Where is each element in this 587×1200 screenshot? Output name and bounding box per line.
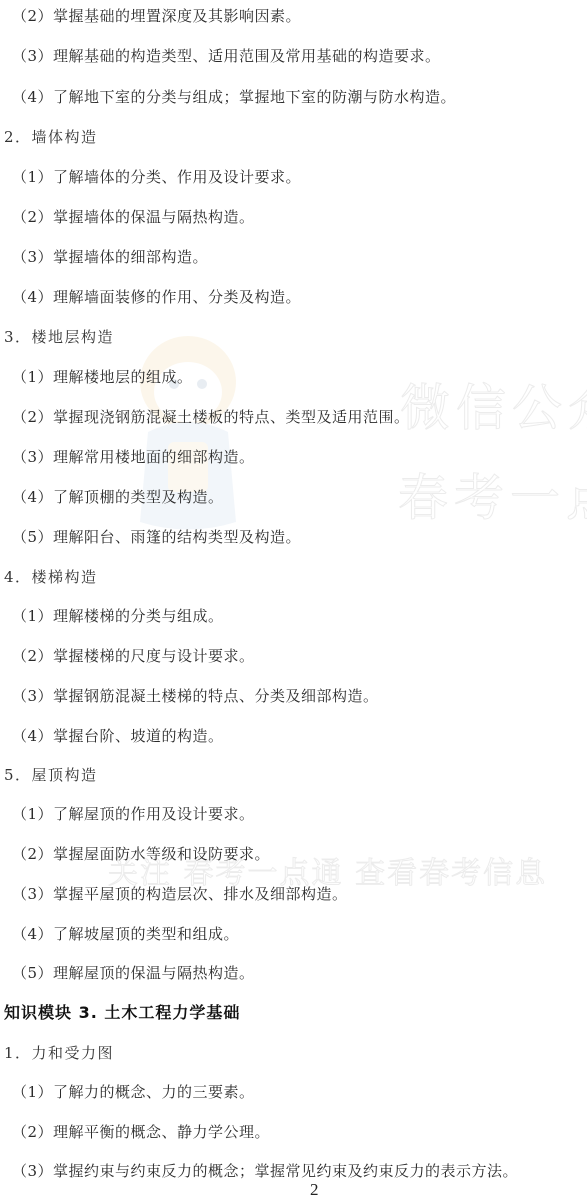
- list-item: （5）理解阳台、雨篷的结构类型及构造。: [12, 527, 301, 547]
- list-item: （2）掌握现浇钢筋混凝土楼板的特点、类型及适用范围。: [12, 407, 410, 427]
- section-heading: 1．力和受力图: [4, 1043, 114, 1063]
- page-number: 2: [310, 1180, 319, 1200]
- list-item: （2）掌握基础的埋置深度及其影响因素。: [12, 6, 301, 26]
- list-item: （3）掌握平屋顶的构造层次、排水及细部构造。: [12, 884, 348, 904]
- list-item: （1）了解屋顶的作用及设计要求。: [12, 804, 255, 824]
- list-item: （1）理解楼梯的分类与组成。: [12, 606, 224, 626]
- module-heading: 知识模块 3. 土木工程力学基础: [4, 1003, 240, 1023]
- watermark-text: 春考一点: [398, 458, 587, 530]
- list-item: （3）掌握墙体的细部构造。: [12, 247, 208, 267]
- list-item: （2）掌握墙体的保温与隔热构造。: [12, 207, 255, 227]
- list-item: （5）理解屋顶的保温与隔热构造。: [12, 963, 255, 983]
- mascot-watermark-icon: [128, 322, 248, 542]
- list-item: （1）了解墙体的分类、作用及设计要求。: [12, 167, 301, 187]
- list-item: （1）了解力的概念、力的三要素。: [12, 1082, 255, 1102]
- list-item: （4）了解顶棚的类型及构造。: [12, 487, 224, 507]
- watermark-text: 微信公众: [400, 368, 587, 440]
- list-item: （3）理解基础的构造类型、适用范围及常用基础的构造要求。: [12, 46, 441, 66]
- list-item: （2）掌握楼梯的尺度与设计要求。: [12, 646, 255, 666]
- list-item: （4）掌握台阶、坡道的构造。: [12, 726, 224, 746]
- list-item: （3）掌握钢筋混凝土楼梯的特点、分类及细部构造。: [12, 686, 379, 706]
- list-item: （4）理解墙面装修的作用、分类及构造。: [12, 287, 301, 307]
- list-item: （4）了解地下室的分类与组成；掌握地下室的防潮与防水构造。: [12, 87, 456, 107]
- list-item: （1）理解楼地层的组成。: [12, 367, 193, 387]
- list-item: （2）掌握屋面防水等级和设防要求。: [12, 844, 270, 864]
- section-heading: 2．墙体构造: [4, 127, 98, 147]
- list-item: （4）了解坡屋顶的类型和组成。: [12, 924, 239, 944]
- list-item: （2）理解平衡的概念、静力学公理。: [12, 1122, 270, 1142]
- section-heading: 4．楼梯构造: [4, 567, 98, 587]
- section-heading: 3．楼地层构造: [4, 327, 114, 347]
- list-item: （3）理解常用楼地面的细部构造。: [12, 447, 255, 467]
- section-heading: 5．屋顶构造: [4, 765, 98, 785]
- list-item: （3）掌握约束与约束反力的概念；掌握常见约束及约束反力的表示方法。: [12, 1161, 518, 1181]
- document-page: 微信公众 春考一点 关注 春考一点通 查看春考信息 （2）掌握基础的埋置深度及其…: [0, 0, 587, 1200]
